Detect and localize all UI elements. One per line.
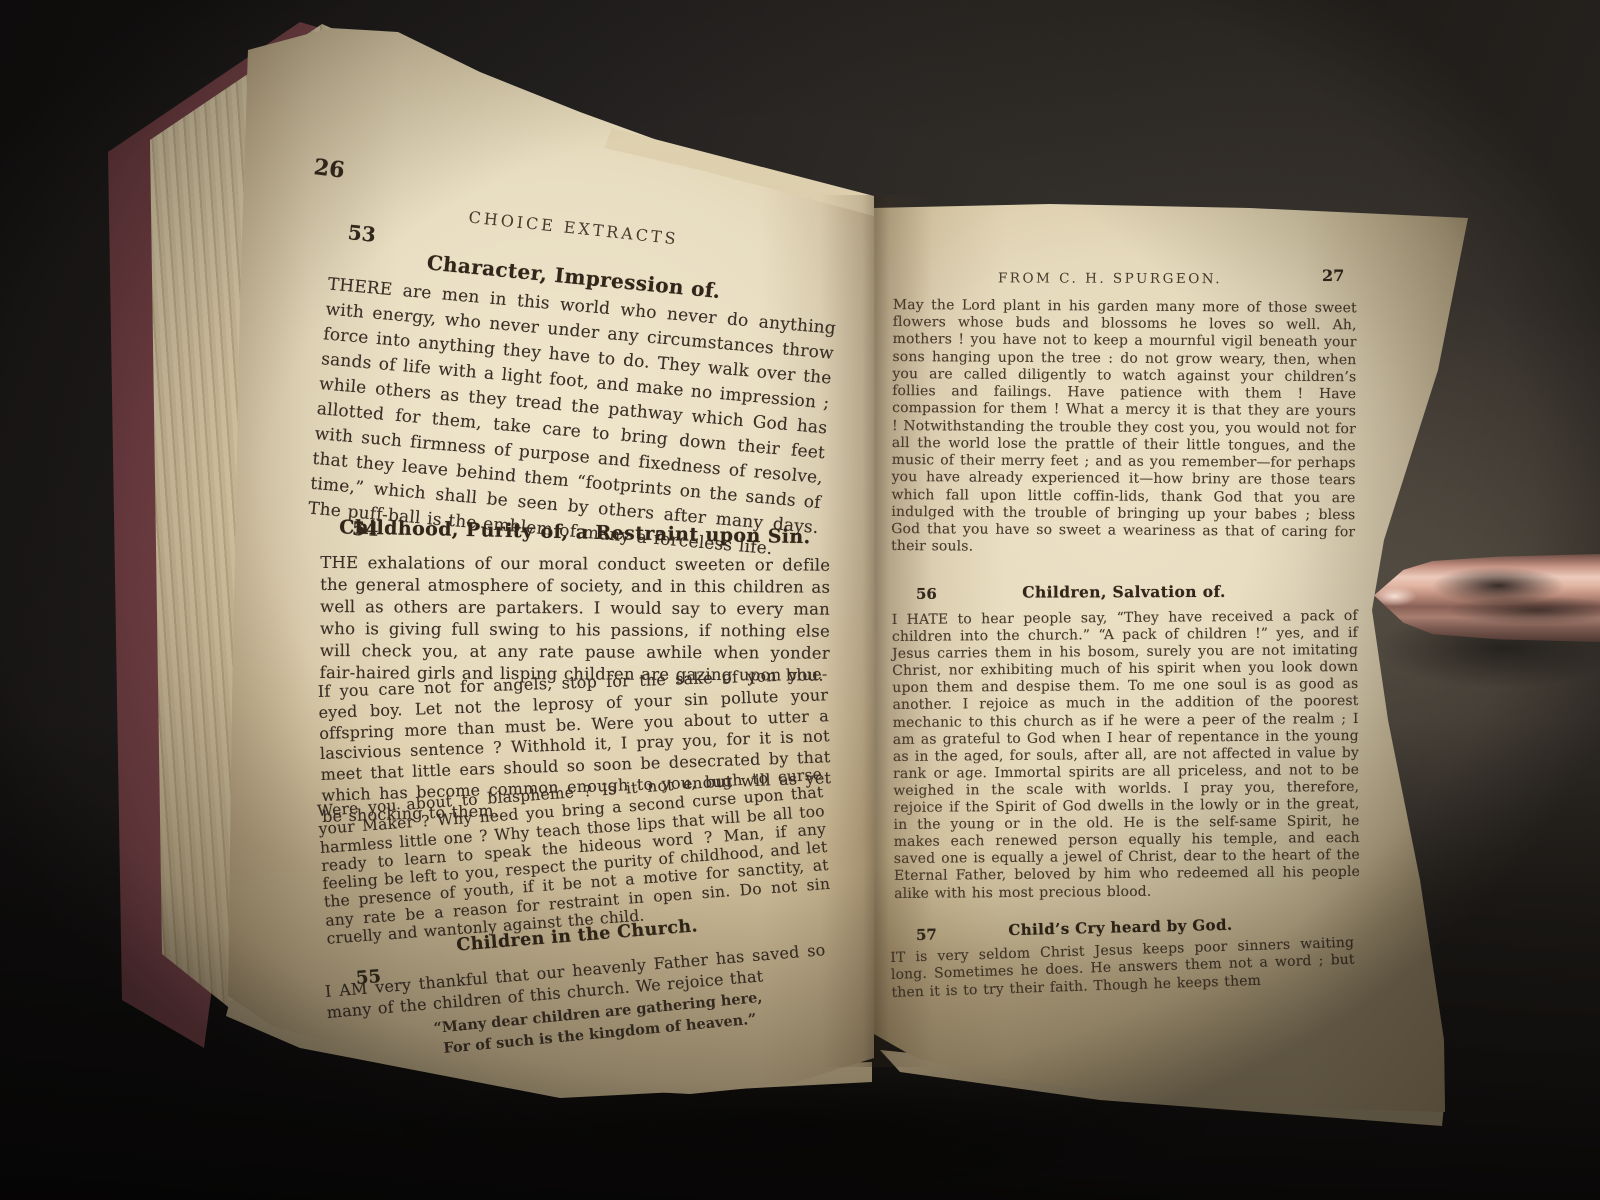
continuation-paragraph: May the Lord plant in his garden many mo… — [891, 297, 1357, 559]
right-page-number: 27 — [1322, 266, 1344, 285]
book-photo: 26 CHOICE EXTRACTS 53 Character, Impress… — [0, 0, 1600, 1200]
right-running-head: FROM C. H. SPURGEON. — [895, 270, 1325, 288]
left-page-number: 26 — [312, 154, 346, 184]
paragraph-56: I HATE to hear people say, “They have re… — [892, 608, 1361, 903]
section-heading-56: Children, Salvation of. — [895, 581, 1353, 602]
